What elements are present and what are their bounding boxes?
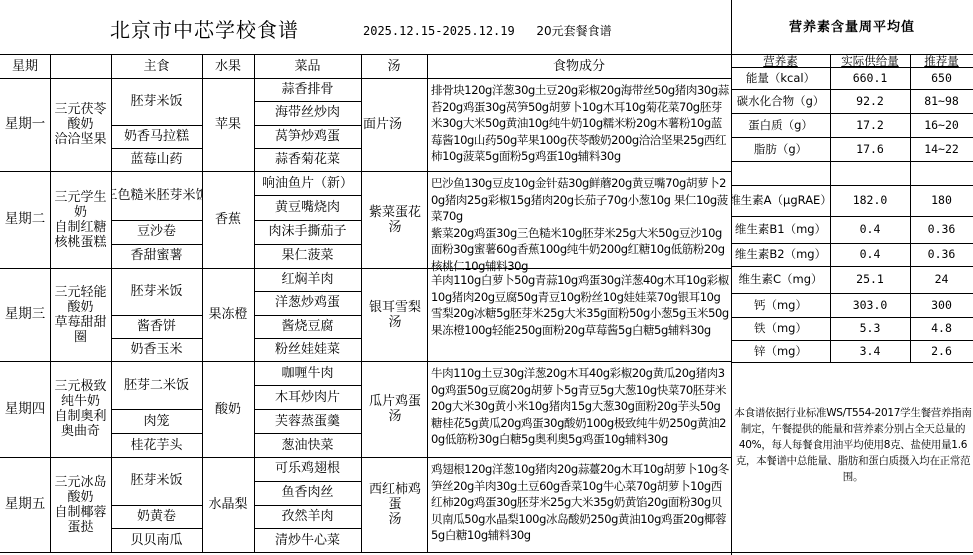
dish-item: 莴笋炒鸡蛋 xyxy=(254,125,361,148)
nutrient-actual: 92.2 xyxy=(830,89,910,113)
dish-item: 红焖羊肉 xyxy=(254,268,361,291)
dish-item: 响油鱼片（新） xyxy=(254,171,361,195)
dish-item: 蒜香菊花菜 xyxy=(254,148,361,171)
nutrient-actual: 25.1 xyxy=(830,266,910,293)
header-fruit: 水果 xyxy=(202,54,254,78)
staple-item: 胚芽米饭 xyxy=(111,78,202,125)
nutrient-actual: 660.1 xyxy=(830,67,910,89)
dish-item: 芙蓉蒸蛋羹 xyxy=(254,409,361,433)
staple-item: 奶香马拉糕 xyxy=(111,125,202,148)
menu-type: 20元套餐食谱 xyxy=(536,24,611,38)
ingredients-text: 牛肉110g土豆30g洋葱20g木耳40g彩椒20g黄瓜20g猪肉30g鸡蛋50… xyxy=(427,361,731,457)
nutrition-note: 本食谱依据行业标准WS/T554-2017学生餐营养指南制定，午餐提供的能量和营… xyxy=(733,405,973,485)
nutrient-recommended: 16~20 xyxy=(910,113,973,137)
nutrient-recommended xyxy=(910,161,973,185)
staple-item: 奶香玉米 xyxy=(111,338,202,361)
nutrient-name: 维生素A（μgRAE） xyxy=(731,185,830,216)
dairy-dessert: 三元极致 纯牛奶 自制奥利 奥曲奇 xyxy=(50,361,111,457)
nutrient-name: 维生素C（mg） xyxy=(731,266,830,293)
nutrition-column-rule xyxy=(910,54,911,362)
soup-item: 银耳雪梨汤 xyxy=(361,268,427,361)
date-subtitle: 2025.12.15-2025.12.19 20元套餐食谱 xyxy=(363,22,612,39)
nutrient-recommended: 180 xyxy=(910,185,973,216)
dish-item: 海带丝炒肉 xyxy=(254,101,361,124)
header-ingredients: 食物成分 xyxy=(427,54,731,78)
nutrient-recommended: 2.6 xyxy=(910,340,973,362)
staple-item: 胚芽米饭 xyxy=(111,457,202,505)
soup-item: 瓜片鸡蛋汤 xyxy=(361,361,427,457)
header-soup: 汤 xyxy=(361,54,427,78)
nutrient-actual: 303.0 xyxy=(830,293,910,317)
nutrient-name: 钙（mg） xyxy=(731,293,830,317)
staple-item: 香甜蜜薯 xyxy=(111,244,202,268)
staple-item: 蓝莓山药 xyxy=(111,148,202,171)
nutrient-recommended: 14~22 xyxy=(910,137,973,161)
staple-item: 胚芽二米饭 xyxy=(111,361,202,409)
staple-item: 胚芽米饭 xyxy=(111,268,202,315)
dish-item: 鱼香肉丝 xyxy=(254,481,361,505)
table-top-rule xyxy=(0,54,731,55)
staple-item: 桂花芋头 xyxy=(111,433,202,457)
dish-item: 黄豆嘴烧肉 xyxy=(254,195,361,219)
dish-item: 孜然羊肉 xyxy=(254,505,361,529)
page-title: 北京市中芯学校食谱 xyxy=(110,14,330,43)
nutrient-name: 能量（kcal） xyxy=(731,67,830,89)
nutrient-actual: 0.4 xyxy=(830,216,910,243)
fruit-item: 苹果 xyxy=(202,78,254,171)
weekday-label: 星期五 xyxy=(0,457,50,552)
nutrient-recommended: 24 xyxy=(910,266,973,293)
nutrition-column-rule xyxy=(830,54,831,362)
dish-item: 粉丝娃娃菜 xyxy=(254,338,361,361)
staple-item: 酱香饼 xyxy=(111,315,202,338)
nutrient-name: 铁（mg） xyxy=(731,317,830,340)
header-nutrient: 营养素 xyxy=(731,54,830,67)
nutrition-row-rule xyxy=(731,362,973,363)
nutrient-name: 碳水化合物（g） xyxy=(731,89,830,113)
nutrient-name xyxy=(731,161,830,185)
nutrient-recommended: 300 xyxy=(910,293,973,317)
nutrient-name: 锌（mg） xyxy=(731,340,830,362)
dish-item: 咖喱牛肉 xyxy=(254,361,361,385)
fruit-item: 水晶梨 xyxy=(202,457,254,552)
nutrient-actual: 17.2 xyxy=(830,113,910,137)
dish-item: 可乐鸡翅根 xyxy=(254,457,361,481)
dish-item: 洋葱炒鸡蛋 xyxy=(254,291,361,314)
ingredients-text: 巴沙鱼130g豆皮10g金针菇30g鲜蘑20g黄豆嘴70g胡萝卜20g猪肉25g… xyxy=(427,171,731,268)
dish-item: 蒜香排骨 xyxy=(254,78,361,101)
dish-item: 木耳炒肉片 xyxy=(254,385,361,409)
nutrient-name: 维生素B2（mg） xyxy=(731,243,830,266)
staple-item: 肉笼 xyxy=(111,409,202,433)
dairy-dessert: 三元冰岛 酸奶 自制椰蓉 蛋挞 xyxy=(50,457,111,552)
staple-item: 奶黄卷 xyxy=(111,505,202,529)
dish-item: 葱油快菜 xyxy=(254,433,361,457)
dish-item: 肉沫手撕茄子 xyxy=(254,220,361,244)
soup-item: 紫菜蛋花汤 xyxy=(361,171,427,268)
weekday-label: 星期三 xyxy=(0,268,50,361)
staple-item: 豆沙卷 xyxy=(111,220,202,244)
nutrient-actual: 5.3 xyxy=(830,317,910,340)
ingredients-text: 鸡翅根120g洋葱10g猪肉20g蒜薹20g木耳10g胡萝卜10g冬笋丝20g羊… xyxy=(427,457,731,552)
soup-item: 西红柿鸡蛋 汤 xyxy=(361,457,427,552)
ingredients-text: 排骨块120g洋葱30g土豆20g彩椒20g海带丝50g猪肉30g蒜苔20g鸡蛋… xyxy=(427,78,731,171)
nutrient-actual: 3.4 xyxy=(830,340,910,362)
header-recommended: 推荐量 xyxy=(910,54,973,67)
fruit-item: 果冻橙 xyxy=(202,268,254,361)
nutrient-recommended: 0.36 xyxy=(910,243,973,266)
ingredients-text: 羊肉110g白萝卜50g青蒜10g鸡蛋30g洋葱40g木耳10g彩椒10g猪肉2… xyxy=(427,268,731,361)
dish-item: 清炒牛心菜 xyxy=(254,528,361,552)
staple-item: 三色糙米胚芽米饭 xyxy=(111,171,202,220)
weekday-label: 星期一 xyxy=(0,78,50,171)
nutrient-actual: 17.6 xyxy=(830,137,910,161)
soup-item: 面片汤 xyxy=(361,78,427,171)
header-actual-supply: 实际供给量 xyxy=(830,54,910,67)
nutrition-title: 营养素含量周平均值 xyxy=(731,0,973,54)
header-dairy xyxy=(50,54,111,78)
nutrient-recommended: 650 xyxy=(910,67,973,89)
dairy-dessert: 三元茯苓 酸奶 洽洽坚果 xyxy=(50,78,111,171)
fruit-item: 香蕉 xyxy=(202,171,254,268)
day-row-rule xyxy=(0,552,731,553)
header-dishes: 菜品 xyxy=(254,54,361,78)
nutrient-name: 脂肪（g） xyxy=(731,137,830,161)
weekday-label: 星期四 xyxy=(0,361,50,457)
weekday-label: 星期二 xyxy=(0,171,50,268)
date-range: 2025.12.15-2025.12.19 xyxy=(363,24,515,38)
dish-item: 酱烧豆腐 xyxy=(254,315,361,338)
dairy-dessert: 三元学生 奶 自制红糖 核桃蛋糕 xyxy=(50,171,111,268)
dish-item: 果仁菠菜 xyxy=(254,244,361,268)
header-staple: 主食 xyxy=(111,54,202,78)
nutrient-actual xyxy=(830,161,910,185)
fruit-item: 酸奶 xyxy=(202,361,254,457)
staple-item: 贝贝南瓜 xyxy=(111,528,202,552)
dairy-dessert: 三元轻能 酸奶 草莓甜甜 圈 xyxy=(50,268,111,361)
nutrient-name: 维生素B1（mg） xyxy=(731,216,830,243)
header-weekday: 星期 xyxy=(0,54,50,78)
nutrient-recommended: 81~98 xyxy=(910,89,973,113)
nutrient-recommended: 4.8 xyxy=(910,317,973,340)
nutrient-recommended: 0.36 xyxy=(910,216,973,243)
nutrient-actual: 182.0 xyxy=(830,185,910,216)
nutrient-name: 蛋白质（g） xyxy=(731,113,830,137)
nutrient-actual: 0.4 xyxy=(830,243,910,266)
nutrition-bottom-rule xyxy=(731,552,973,553)
